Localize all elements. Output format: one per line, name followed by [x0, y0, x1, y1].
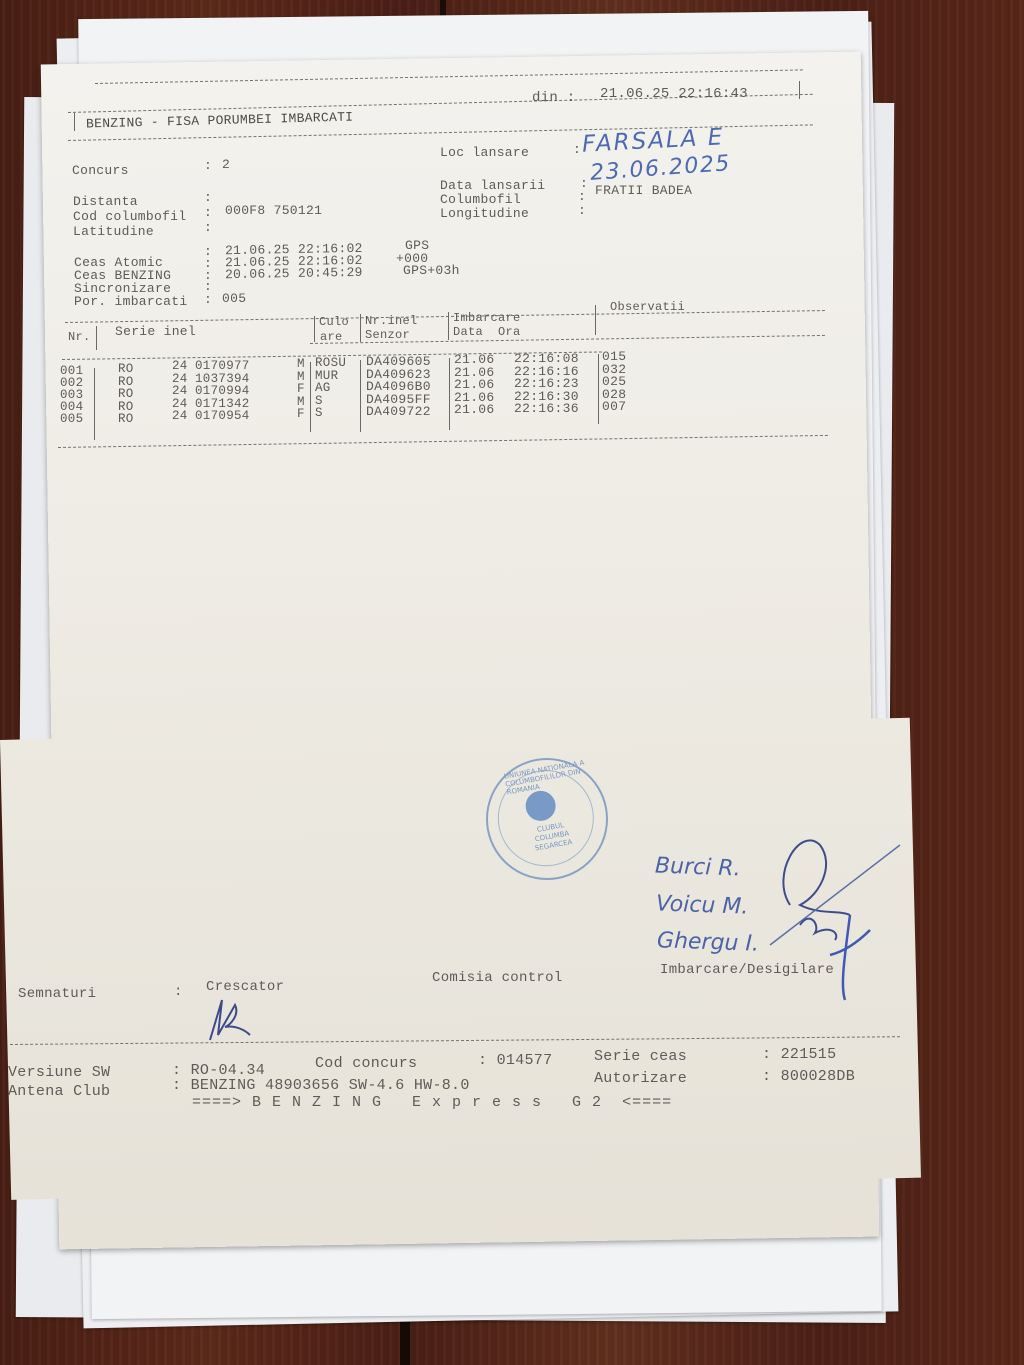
label-cod-concurs: Cod concurs [315, 1055, 417, 1072]
col-header-observatii: Observatii [610, 300, 685, 314]
col-divider [360, 360, 361, 432]
concurs-value: 2 [222, 157, 230, 172]
columbofil-sep: : [578, 189, 586, 204]
label-longitudine: Longitudine [440, 206, 529, 221]
col-header-nr: Nr. [68, 330, 91, 344]
date-label: din : [532, 90, 576, 106]
col-divider [360, 314, 361, 342]
label-imbarcare-desigilare: Imbarcare/Desigilare [660, 962, 834, 978]
distanta-sep: : [204, 190, 212, 205]
label-comisia-control: Comisia control [432, 970, 563, 986]
cell-obs: 007 [602, 399, 626, 414]
col-header-data-ora: Data Ora [453, 325, 521, 339]
antena-club-value: : BENZING 48903656 SW-4.6 HW-8.0 [172, 1077, 470, 1094]
col-divider [96, 326, 97, 350]
longitudine-sep: : [578, 203, 586, 218]
label-concurs: Concurs [72, 163, 129, 178]
loc-sep: : [573, 142, 581, 157]
cell-sex: F [297, 407, 305, 421]
label-data-lansarii: Data lansarii [440, 178, 545, 193]
col-divider [448, 312, 449, 340]
label-versiune-sw: Versiune SW [8, 1064, 110, 1081]
label-antena-club: Antena Club [8, 1083, 110, 1100]
col-header-senzor: Senzor [365, 328, 410, 342]
col-header-nr-inel: Nr.inel [365, 314, 418, 328]
label-serie-ceas: Serie ceas [594, 1048, 687, 1065]
col-divider [449, 358, 450, 430]
cell-nr: 005 [60, 412, 83, 426]
cell-an: 24 [172, 409, 188, 423]
latitudine-sep: : [204, 220, 212, 235]
ceas-benzing-suffix: GPS+03h [403, 263, 460, 278]
cell-serie: 0170954 [195, 409, 250, 423]
label-cod-columbofil: Cod columbofil [73, 209, 186, 224]
cell-ora: 22:16:36 [514, 401, 579, 416]
signature-scribbles [650, 815, 920, 1015]
border [799, 81, 800, 99]
cell-data: 21.06 [454, 402, 495, 417]
label-loc-lansare: Loc lansare [440, 145, 529, 160]
autorizare-value: : 800028DB [762, 1068, 855, 1085]
brand-footer-line: ====> B E N Z I N G E x p r e s s G 2 <=… [192, 1094, 672, 1111]
border [74, 113, 75, 131]
semnaturi-sep: : [174, 984, 183, 1000]
cell-senzor: DA409722 [366, 404, 431, 419]
col-divider [595, 305, 596, 335]
porumbei-imbarcati-value: 005 [222, 291, 246, 306]
cod-sep: : [204, 205, 212, 220]
col-divider [314, 316, 315, 342]
col-divider [310, 362, 311, 432]
concurs-value-sep: : [204, 158, 212, 173]
col-divider [94, 368, 95, 440]
print-date: 21.06.25 22:16:43 [600, 86, 748, 102]
cod-columbofil-value: 000F8 750121 [225, 203, 322, 218]
col-header-culoare: Culo [319, 315, 349, 329]
columbofil-value: FRATII BADEA [595, 183, 692, 198]
porumbei-sep: : [204, 292, 212, 307]
ceas-benzing-value: 20.06.25 20:45:29 [225, 265, 363, 282]
label-semnaturi: Semnaturi [18, 986, 96, 1002]
label-distanta: Distanta [73, 194, 138, 209]
serie-ceas-value: : 221515 [762, 1046, 836, 1063]
label-latitudine: Latitudine [73, 224, 154, 239]
cod-concurs-value: : 014577 [478, 1052, 552, 1069]
label-porumbei-imbarcati: Por. imbarcati [74, 294, 187, 309]
col-header-imbarcare: Imbarcare [453, 311, 521, 325]
crescator-signature [200, 995, 260, 1045]
label-columbofil: Columbofil [440, 192, 521, 207]
col-divider [598, 354, 599, 424]
cell-tara: RO [118, 412, 134, 426]
col-header-serie-inel: Serie inel [115, 324, 196, 339]
cell-culoare: S [315, 406, 323, 420]
label-crescator: Crescator [206, 979, 284, 995]
label-autorizare: Autorizare [594, 1070, 687, 1087]
